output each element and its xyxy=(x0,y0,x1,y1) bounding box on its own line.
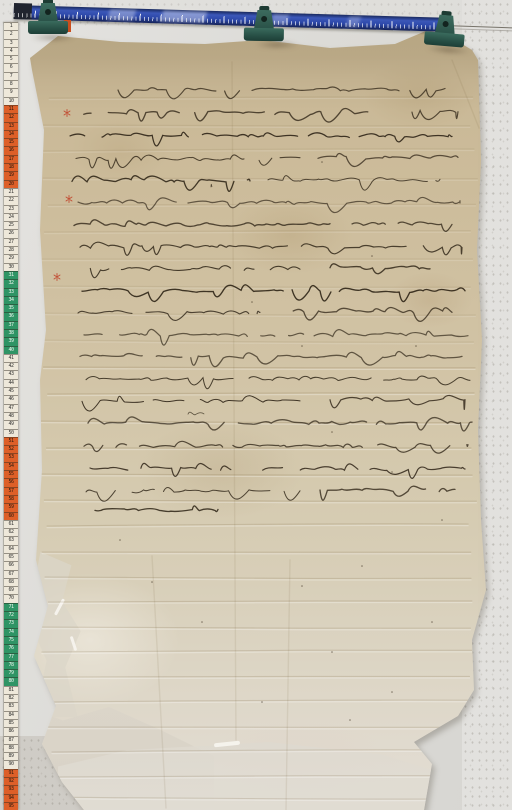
fold-line xyxy=(42,474,472,475)
ruler-cm-57: 57 xyxy=(4,487,18,495)
interlinear-mark xyxy=(211,184,212,187)
ruler-cm-71: 71 xyxy=(4,603,18,611)
fold-highlight xyxy=(46,777,470,778)
ruler-cm-28: 28 xyxy=(4,246,18,254)
ruler-cm-9: 9 xyxy=(4,88,18,96)
tear-highlight xyxy=(54,598,65,615)
fold-highlight xyxy=(39,150,474,152)
ruler-cm-39: 39 xyxy=(4,337,18,345)
ruler-cm-75: 75 xyxy=(4,636,18,644)
photo-frame: 1234567891011121314151617181920212223242… xyxy=(0,0,512,810)
vertical-crease xyxy=(452,60,479,128)
manuscript-line xyxy=(82,396,300,411)
manuscript-line xyxy=(78,197,460,212)
ink-speck xyxy=(151,581,153,583)
ruler-cm-73: 73 xyxy=(4,619,18,627)
ruler-cm-4: 4 xyxy=(4,47,18,55)
ruler-cm-6: 6 xyxy=(4,63,18,71)
ruler-cm-29: 29 xyxy=(4,254,18,262)
ruler-cm-82: 82 xyxy=(4,694,18,702)
ruler-cm-80: 80 xyxy=(4,677,18,685)
ink-speck xyxy=(431,621,433,623)
ruler-cm-76: 76 xyxy=(4,644,18,652)
fold-highlight xyxy=(43,288,470,289)
manuscript-line xyxy=(76,155,300,168)
fold-highlight xyxy=(52,751,470,753)
clip-shadow xyxy=(254,40,300,50)
ruler-cm-79: 79 xyxy=(4,669,18,677)
clip-left xyxy=(28,1,68,37)
fold-highlight xyxy=(43,678,470,679)
ruler-cm-3: 3 xyxy=(4,39,18,47)
ruler-cm-53: 53 xyxy=(4,453,18,461)
ruler-cm-88: 88 xyxy=(4,744,18,752)
ruler-cm-8: 8 xyxy=(4,80,18,88)
fold-line xyxy=(46,776,470,777)
ruler-cm-17: 17 xyxy=(4,155,18,163)
manuscript-line xyxy=(84,329,468,345)
ruler-cm-31: 31 xyxy=(4,271,18,279)
manuscript-line xyxy=(412,110,458,119)
manuscript-line xyxy=(86,487,300,501)
ruler-cm-40: 40 xyxy=(4,346,18,354)
interlinear-mark xyxy=(188,412,204,415)
fold-highlight xyxy=(45,315,475,317)
ink-speck xyxy=(119,539,121,541)
ruler-cm-2: 2 xyxy=(4,30,18,38)
ruler-cm-59: 59 xyxy=(4,503,18,511)
ruler-cm-21: 21 xyxy=(4,188,18,196)
manuscript-text-layer xyxy=(0,0,512,810)
ink-speck xyxy=(301,345,303,347)
ruler-cm-32: 32 xyxy=(4,279,18,287)
ruler-cm-55: 55 xyxy=(4,470,18,478)
clip-center xyxy=(244,8,285,45)
ruler-cm-62: 62 xyxy=(4,528,18,536)
ruler-cm-94: 94 xyxy=(4,794,18,802)
ruler-cm-47: 47 xyxy=(4,404,18,412)
fold-highlight xyxy=(43,369,475,370)
ruler-cm-78: 78 xyxy=(4,661,18,669)
fold-line xyxy=(52,750,470,752)
ruler-cm-66: 66 xyxy=(4,561,18,569)
ruler-cm-77: 77 xyxy=(4,653,18,661)
fold-line xyxy=(41,340,474,342)
ink-speck xyxy=(349,719,351,721)
ruler-cm-22: 22 xyxy=(4,196,18,204)
ruler-cm-95: 95 xyxy=(4,802,18,810)
manuscript-line xyxy=(95,506,218,512)
fold-line xyxy=(42,650,472,652)
manuscript-line xyxy=(352,222,452,231)
ruler-cm-43: 43 xyxy=(4,370,18,378)
ruler-cm-41: 41 xyxy=(4,354,18,362)
ruler-cm-20: 20 xyxy=(4,180,18,188)
ruler-cm-84: 84 xyxy=(4,711,18,719)
ruler-cm-48: 48 xyxy=(4,412,18,420)
fold-highlight xyxy=(49,98,472,99)
ruler-cm-50: 50 xyxy=(4,429,18,437)
manuscript-line xyxy=(80,242,462,255)
ruler-cm-36: 36 xyxy=(4,312,18,320)
ruler-cm-81: 81 xyxy=(4,686,18,694)
vertical-crease xyxy=(286,560,290,810)
manuscript-line xyxy=(318,153,458,166)
ruler-cm-18: 18 xyxy=(4,163,18,171)
fold-highlight xyxy=(41,423,470,425)
ruler-cm-92: 92 xyxy=(4,777,18,785)
manuscript-line xyxy=(118,87,445,99)
ruler-cm-19: 19 xyxy=(4,171,18,179)
ruler-cm-52: 52 xyxy=(4,445,18,453)
red-margin-mark xyxy=(54,274,60,281)
manuscript-line xyxy=(330,264,430,274)
manuscript-line xyxy=(90,266,300,278)
ink-speck xyxy=(391,471,393,473)
ruler-cm-46: 46 xyxy=(4,395,18,403)
manuscript-line xyxy=(84,441,468,453)
red-margin-mark xyxy=(64,110,70,117)
ruler-cm-87: 87 xyxy=(4,736,18,744)
ruler-cm-58: 58 xyxy=(4,495,18,503)
manuscript-line xyxy=(90,463,465,478)
ruler-cm-45: 45 xyxy=(4,387,18,395)
clip-flange xyxy=(244,28,284,42)
fold-line xyxy=(49,97,472,98)
fold-highlight xyxy=(42,476,472,477)
red-margin-mark xyxy=(66,196,72,203)
ink-speck xyxy=(251,301,253,303)
tape-glare xyxy=(346,16,361,27)
ruler-cm-37: 37 xyxy=(4,321,18,329)
ink-speck xyxy=(441,519,443,521)
fold-line xyxy=(44,500,476,501)
manuscript-line xyxy=(84,109,381,123)
ruler-cm-38: 38 xyxy=(4,329,18,337)
ruler-cm-24: 24 xyxy=(4,213,18,221)
tear-flap-left xyxy=(28,552,90,717)
ruler-cm-11: 11 xyxy=(4,105,18,113)
vertical-crease xyxy=(152,556,166,808)
ruler-cm-33: 33 xyxy=(4,288,18,296)
ink-speck xyxy=(321,161,323,163)
fold-highlight xyxy=(38,127,470,128)
fold-highlight xyxy=(44,232,470,233)
tear-highlight xyxy=(70,636,77,651)
tear-highlight xyxy=(214,741,240,748)
ruler-cm-44: 44 xyxy=(4,379,18,387)
ruler-cm-5: 5 xyxy=(4,55,18,63)
ink-speck xyxy=(301,585,303,587)
ruler-cm-35: 35 xyxy=(4,304,18,312)
ink-speck xyxy=(331,651,333,653)
ruler-cm-13: 13 xyxy=(4,122,18,130)
ruler-cm-30: 30 xyxy=(4,263,18,271)
ruler-cm-70: 70 xyxy=(4,594,18,602)
fold-line xyxy=(48,393,474,394)
ruler-cm-16: 16 xyxy=(4,146,18,154)
ruler-cm-26: 26 xyxy=(4,229,18,237)
ruler-cm-56: 56 xyxy=(4,478,18,486)
ruler-cm-42: 42 xyxy=(4,362,18,370)
fold-highlight xyxy=(44,502,476,503)
fold-highlight xyxy=(41,342,474,344)
manuscript-line xyxy=(86,376,470,389)
ruler-cm-89: 89 xyxy=(4,752,18,760)
ruler-cm-14: 14 xyxy=(4,130,18,138)
manuscript-line xyxy=(268,176,440,190)
ruler-cm-34: 34 xyxy=(4,296,18,304)
fold-line xyxy=(45,313,475,315)
clip-right xyxy=(424,11,467,50)
clip-flange xyxy=(28,21,68,34)
manuscript-line xyxy=(80,352,462,367)
manuscript-paper xyxy=(0,0,512,810)
ruler-cm-67: 67 xyxy=(4,570,18,578)
fold-line xyxy=(48,601,471,602)
fold-line xyxy=(43,286,470,287)
ruler-cm-15: 15 xyxy=(4,138,18,146)
fold-highlight xyxy=(48,206,475,207)
fold-line xyxy=(43,367,475,368)
fold-highlight xyxy=(40,629,470,630)
side-ruler-cm: 1234567891011121314151617181920212223242… xyxy=(3,22,18,810)
ruler-cm-64: 64 xyxy=(4,545,18,553)
ruler-cm-27: 27 xyxy=(4,238,18,246)
fold-highlight xyxy=(48,602,471,603)
manuscript-line xyxy=(74,220,330,227)
tape-glare xyxy=(107,9,136,21)
ink-speck xyxy=(331,431,333,433)
ruler-cm-23: 23 xyxy=(4,205,18,213)
ruler-cm-60: 60 xyxy=(4,512,18,520)
ruler-cm-68: 68 xyxy=(4,578,18,586)
fold-line xyxy=(47,524,468,526)
ink-speck xyxy=(361,565,363,567)
clip-hole-icon xyxy=(261,16,267,22)
fold-line xyxy=(41,421,470,423)
ruler-cm-69: 69 xyxy=(4,586,18,594)
fold-highlight xyxy=(47,525,468,527)
fold-line xyxy=(44,231,470,232)
vertical-crease xyxy=(232,62,236,740)
fold-line xyxy=(39,149,474,151)
fold-line xyxy=(43,676,470,677)
fold-highlight xyxy=(49,702,478,704)
tape-glare xyxy=(160,10,207,22)
fold-line xyxy=(49,700,478,702)
fold-highlight xyxy=(42,652,472,654)
ruler-cm-74: 74 xyxy=(4,628,18,636)
ink-speck xyxy=(371,255,373,257)
ink-speck xyxy=(261,701,263,703)
fold-highlight xyxy=(40,799,477,801)
clip-shadow xyxy=(30,33,76,42)
manuscript-line xyxy=(88,417,472,431)
ruler-cm-54: 54 xyxy=(4,462,18,470)
ruler-cm-65: 65 xyxy=(4,553,18,561)
torn-backing-layer-bottom xyxy=(58,742,442,810)
manuscript-line xyxy=(320,486,455,500)
ruler-cm-83: 83 xyxy=(4,702,18,710)
fold-line xyxy=(40,627,470,628)
ruler-cm-63: 63 xyxy=(4,536,18,544)
manuscript-line xyxy=(330,395,465,409)
manuscript-line xyxy=(82,285,465,302)
ruler-cm-86: 86 xyxy=(4,727,18,735)
fold-highlight xyxy=(48,394,474,395)
manuscript-line xyxy=(70,132,452,146)
ruler-cm-10: 10 xyxy=(4,97,18,105)
ruler-cm-85: 85 xyxy=(4,719,18,727)
fold-highlight xyxy=(43,180,477,181)
ruler-cm-91: 91 xyxy=(4,769,18,777)
manuscript-line xyxy=(72,176,250,192)
ruler-cm-7: 7 xyxy=(4,72,18,80)
tear-flap-bottom-left xyxy=(4,698,214,810)
fold-line xyxy=(45,577,471,579)
fold-line xyxy=(48,204,475,205)
ruler-cm-49: 49 xyxy=(4,420,18,428)
fold-line xyxy=(38,125,470,126)
fold-line xyxy=(43,178,477,179)
ruler-cm-93: 93 xyxy=(4,785,18,793)
ink-speck xyxy=(201,621,203,623)
ruler-cm-12: 12 xyxy=(4,113,18,121)
manuscript-paper-wrap xyxy=(0,0,512,810)
ruler-cm-25: 25 xyxy=(4,221,18,229)
fold-highlight xyxy=(45,579,471,581)
manuscript-line xyxy=(78,311,260,321)
paper-stains xyxy=(0,0,512,810)
manuscript-line xyxy=(293,308,452,322)
ink-speck xyxy=(391,691,393,693)
fold-line xyxy=(40,797,477,799)
clip-hole-icon xyxy=(45,9,51,15)
ruler-cm-61: 61 xyxy=(4,520,18,528)
ruler-cm-51: 51 xyxy=(4,437,18,445)
ruler-cm-90: 90 xyxy=(4,760,18,768)
ink-speck xyxy=(415,345,417,347)
ruler-cm-1: 1 xyxy=(4,22,18,30)
ruler-cm-72: 72 xyxy=(4,611,18,619)
